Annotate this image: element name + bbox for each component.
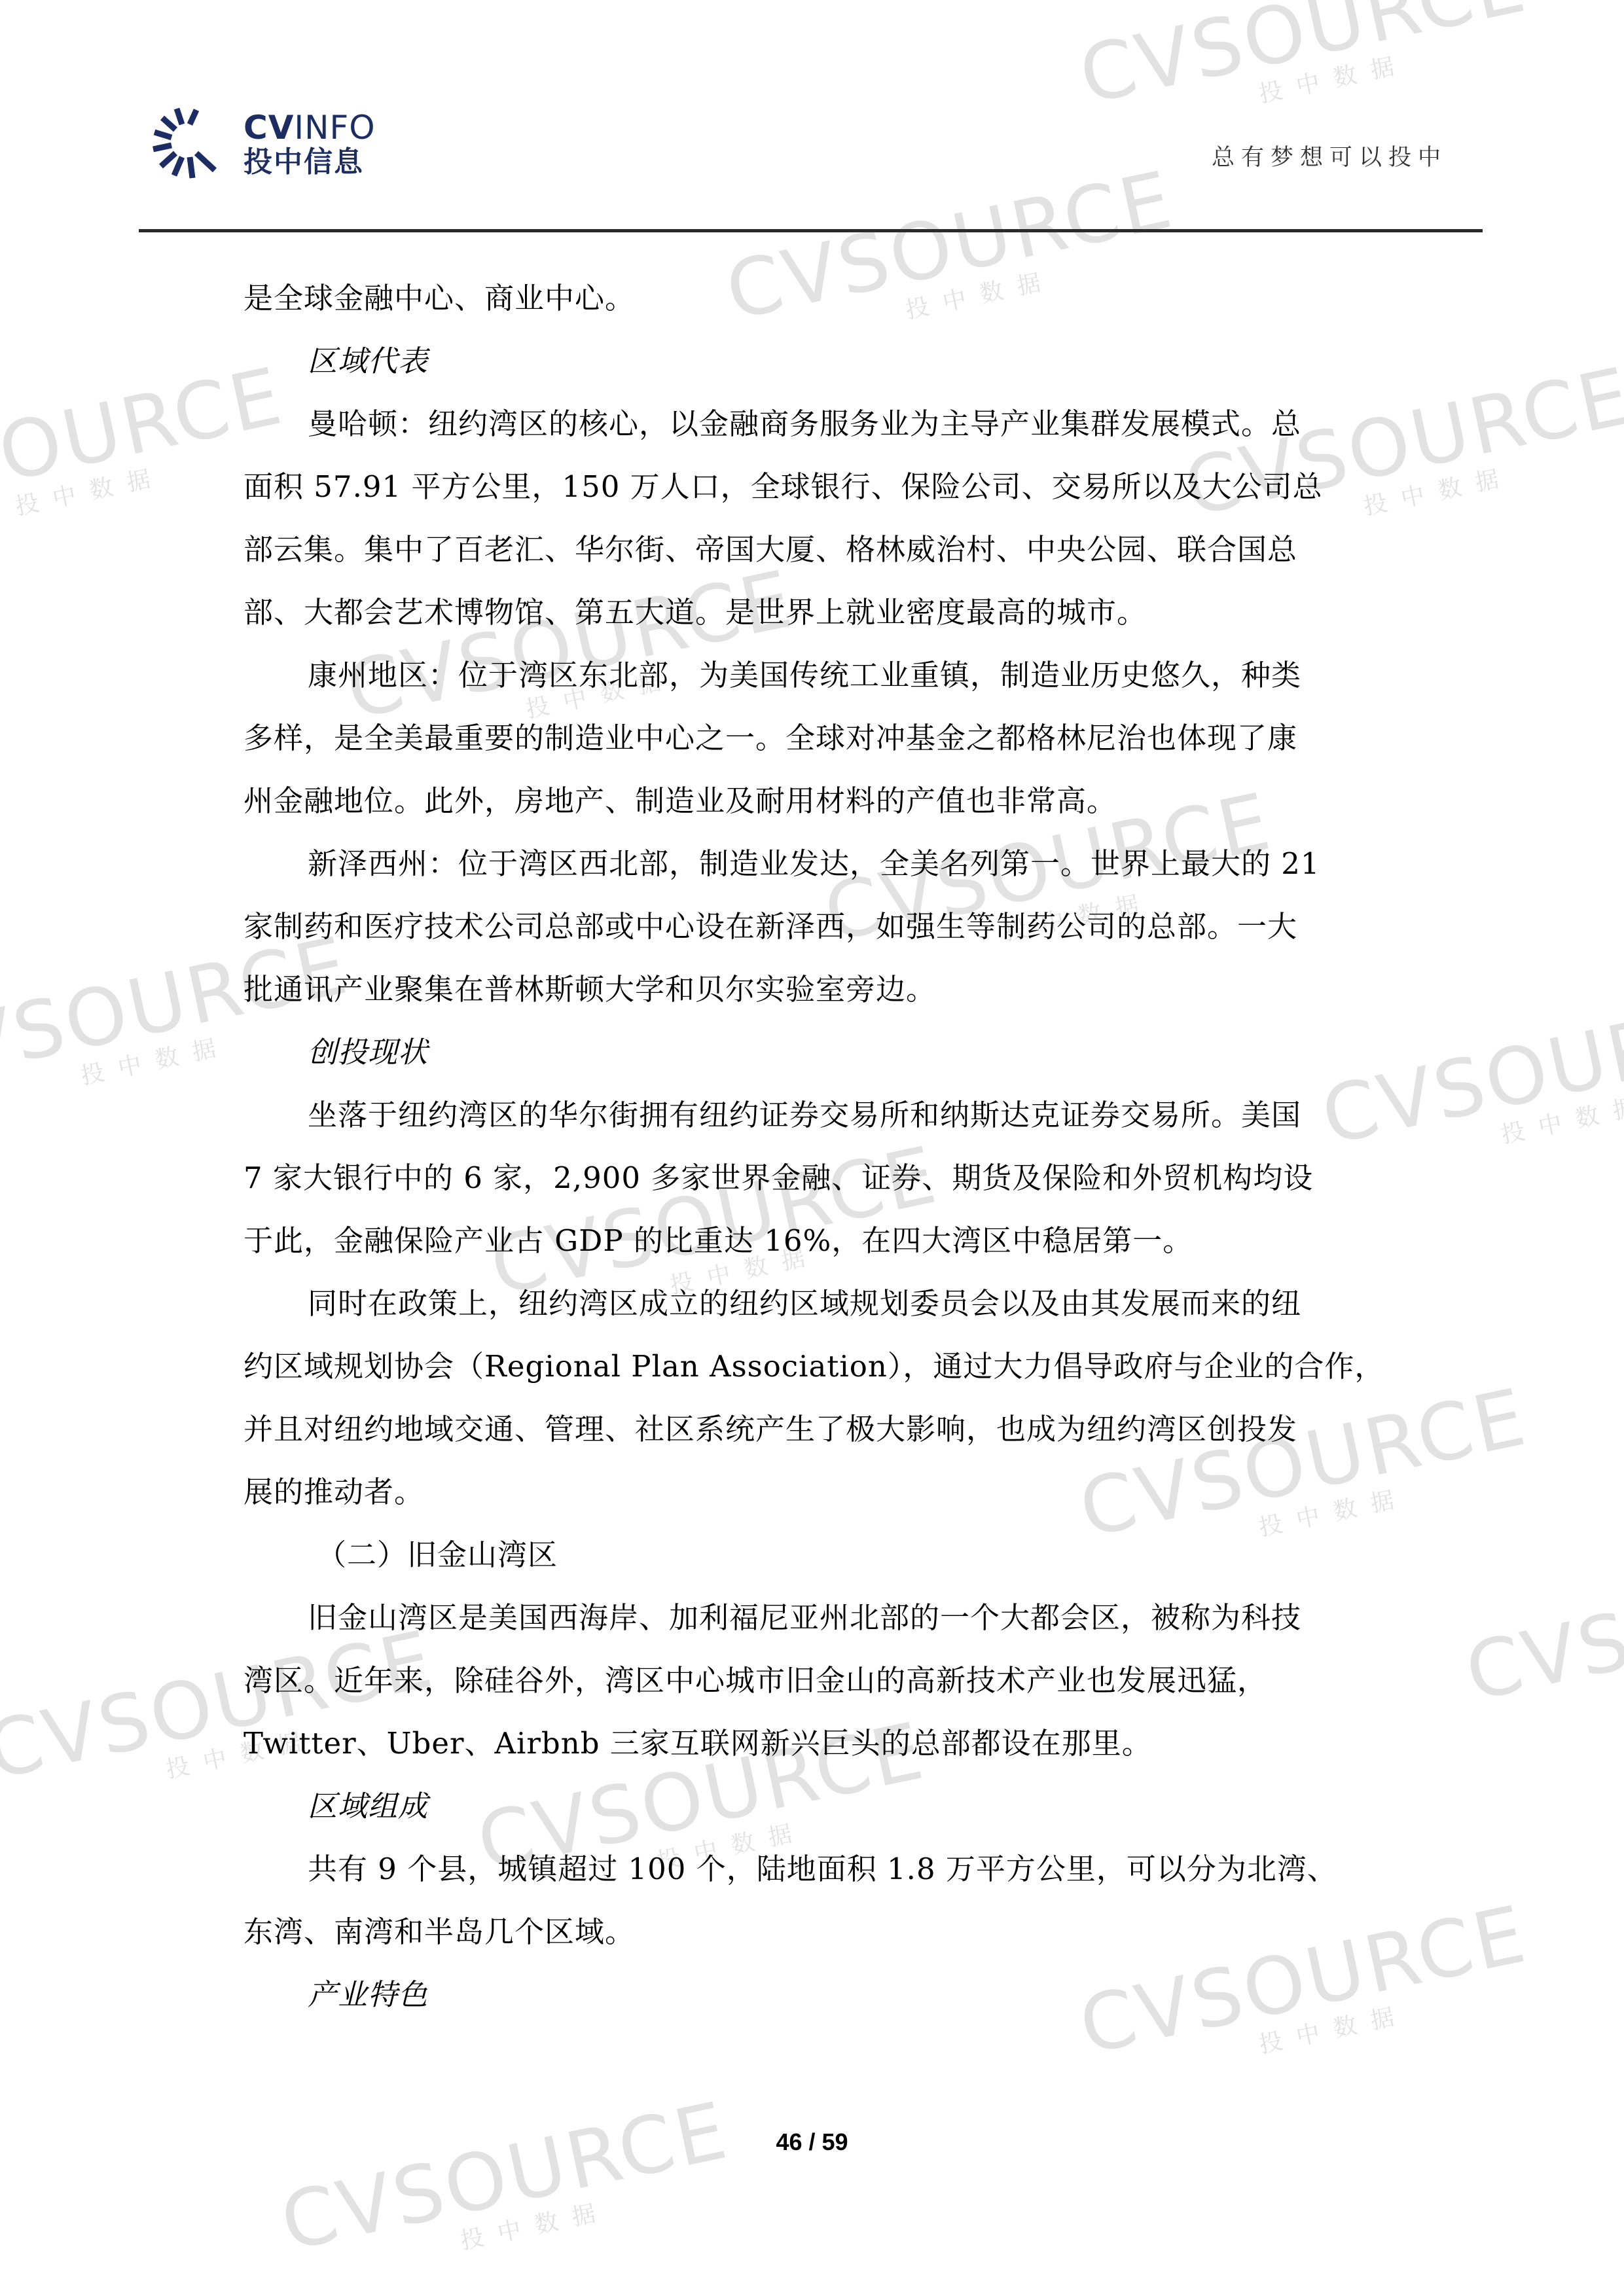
cvinfo-burst-icon — [149, 105, 228, 183]
paragraph-line: 曼哈顿：纽约湾区的核心，以金融商务服务业为主导产业集群发展模式。总 — [244, 393, 1396, 456]
logo-wordmark: CVINFO — [244, 111, 376, 144]
header-divider — [139, 229, 1483, 232]
paragraph-line: 旧金山湾区是美国西海岸、加利福尼亚州北部的一个大都会区，被称为科技 — [244, 1587, 1396, 1649]
body-line: 展的推动者。 — [244, 1461, 1396, 1524]
body-line: Twitter、Uber、Airbnb 三家互联网新兴巨头的总部都设在那里。 — [244, 1712, 1396, 1775]
body-line: 面积 57.91 平方公里，150 万人口，全球银行、保险公司、交易所以及大公司… — [244, 456, 1396, 518]
subheading-region-representatives: 区域代表 — [244, 330, 1396, 393]
subheading-vc-status: 创投现状 — [244, 1021, 1396, 1084]
body-line: 批通讯产业聚集在普林斯顿大学和贝尔实验室旁边。 — [244, 958, 1396, 1021]
logo-cv: CV — [244, 109, 294, 147]
section-heading-sf-bay-area: （二）旧金山湾区 — [244, 1524, 1396, 1587]
body-line: 州金融地位。此外，房地产、制造业及耐用材料的产值也非常高。 — [244, 770, 1396, 833]
subheading-industry-features: 产业特色 — [244, 1964, 1396, 2026]
watermark-subtext: 投中数据 — [1498, 1058, 1624, 1150]
body-line: 并且对纽约地域交通、管理、社区系统产生了极大影响，也成为纽约湾区创投发 — [244, 1398, 1396, 1461]
paragraph-line: 康州地区：位于湾区东北部，为美国传统工业重镇，制造业历史悠久，种类 — [244, 644, 1396, 707]
logo-info: INFO — [294, 109, 375, 147]
paragraph-line: 坐落于纽约湾区的华尔街拥有纽约证券交易所和纳斯达克证券交易所。美国 — [244, 1084, 1396, 1147]
page-header: CVINFO 投中信息 总有梦想可以投中 — [0, 0, 1624, 236]
body-line: 部、大都会艺术博物馆、第五大道。是世界上就业密度最高的城市。 — [244, 581, 1396, 644]
body-line: 东湾、南湾和半岛几个区域。 — [244, 1901, 1396, 1964]
body-line: 于此，金融保险产业占 GDP 的比重达 16%，在四大湾区中稳居第一。 — [244, 1210, 1396, 1272]
body-line: 多样，是全美最重要的制造业中心之一。全球对冲基金之都格林尼治也体现了康 — [244, 707, 1396, 770]
body-line: 7 家大银行中的 6 家，2,900 多家世界金融、证券、期货及保险和外贸机构均… — [244, 1147, 1396, 1210]
body-line: 湾区。近年来，除硅谷外，湾区中心城市旧金山的高新技术产业也发展迅猛， — [244, 1649, 1396, 1712]
watermark-subtext: 投中数据 — [1360, 430, 1624, 522]
document-body: 是全球金融中心、商业中心。 区域代表 曼哈顿：纽约湾区的核心，以金融商务服务业为… — [244, 267, 1396, 2026]
watermark-text: CVSOURCE — [275, 2092, 735, 2263]
watermark: CVSOURCE 投中数据 — [1460, 1542, 1624, 1742]
watermark: CVSOURCE 投中数据 — [275, 2092, 742, 2292]
logo-chinese-name: 投中信息 — [244, 148, 376, 177]
subheading-region-composition: 区域组成 — [244, 1775, 1396, 1838]
paragraph-line: 同时在政策上，纽约湾区成立的纽约区域规划委员会以及由其发展而来的纽 — [244, 1272, 1396, 1335]
cvinfo-logo: CVINFO 投中信息 — [149, 105, 376, 183]
header-slogan: 总有梦想可以投中 — [1212, 139, 1447, 172]
body-line: 约区域规划协会（Regional Plan Association），通过大力倡… — [244, 1335, 1396, 1398]
body-line: 部云集。集中了百老汇、华尔街、帝国大厦、格林威治村、中央公园、联合国总 — [244, 518, 1396, 581]
body-line: 是全球金融中心、商业中心。 — [244, 267, 1396, 330]
watermark-text: CVSOURCE — [1460, 1542, 1624, 1713]
page-number: 46 / 59 — [0, 2128, 1624, 2156]
body-line: 家制药和医疗技术公司总部或中心设在新泽西，如强生等制药公司的总部。一大 — [244, 895, 1396, 958]
paragraph-line: 共有 9 个县，城镇超过 100 个，陆地面积 1.8 万平方公里，可以分为北湾… — [244, 1838, 1396, 1901]
watermark-subtext: 投中数据 — [457, 2164, 741, 2256]
paragraph-line: 新泽西州：位于湾区西北部，制造业发达，全美名列第一。世界上最大的 21 — [244, 833, 1396, 895]
